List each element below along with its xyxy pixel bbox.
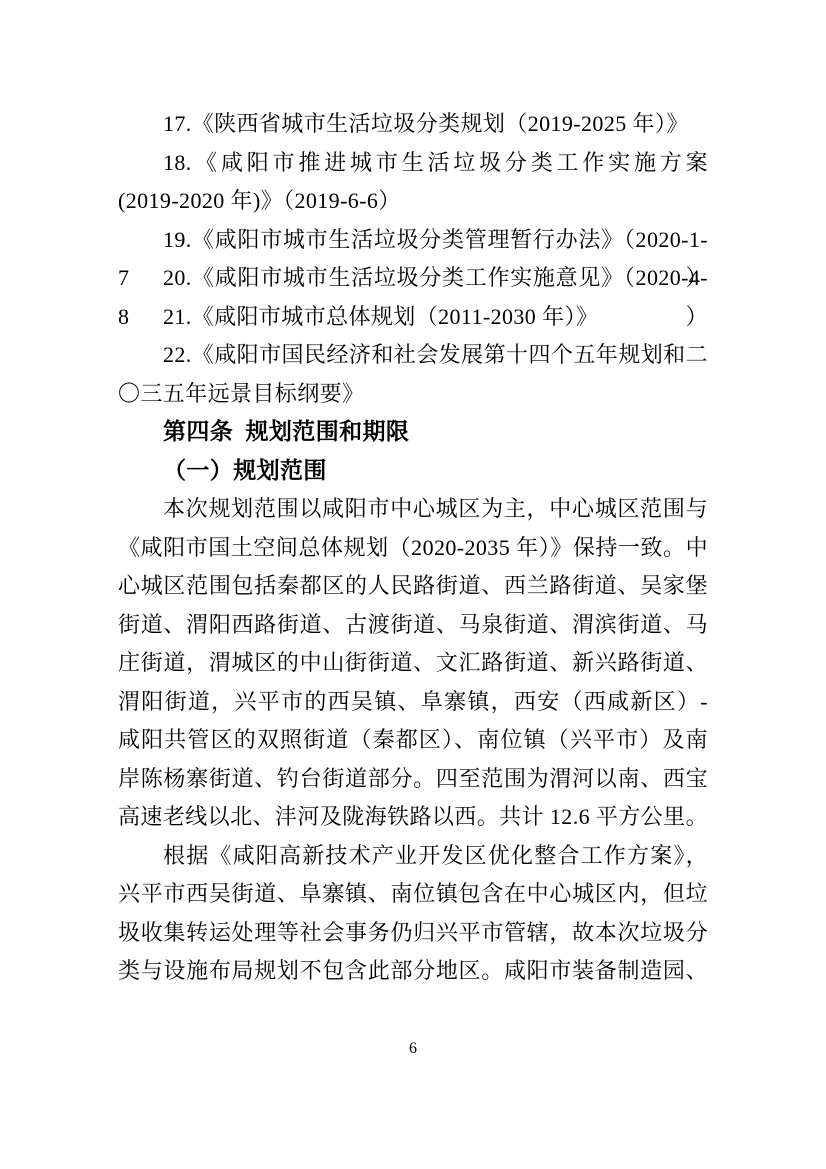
- reference-item-18: 18.《咸阳市推进城市生活垃圾分类工作实施方案: [118, 144, 708, 183]
- document-page: 17.《陕西省城市生活垃圾分类规划（2019-2025 年）》18.《咸阳市推进…: [0, 0, 826, 1169]
- subsection-heading: （一）规划范围: [118, 452, 708, 491]
- body-line: 《咸阳市国土空间总体规划（2020-2035 年）》保持一致。中: [118, 529, 708, 568]
- body-line: 庄街道，渭城区的中山街街道、文汇路街道、新兴路街道、: [118, 644, 708, 683]
- reference-item-17: 17.《陕西省城市生活垃圾分类规划（2019-2025 年）》: [118, 105, 708, 144]
- body-line: 渭阳街道，兴平市的西吴镇、阜寨镇，西安（西咸新区）-: [118, 683, 708, 722]
- body-line: 岸陈杨寨街道、钓台街道部分。四至范围为渭河以南、西宝: [118, 760, 708, 799]
- reference-item-22: 22.《咸阳市国民经济和社会发展第十四个五年规划和二: [118, 336, 708, 375]
- body-line: 类与设施布局规划不包含此部分地区。咸阳市装备制造园、: [118, 952, 708, 991]
- reference-item-22-cont: 〇三五年远景目标纲要》: [118, 375, 708, 414]
- body-line: 本次规划范围以咸阳市中心城区为主，中心城区范围与: [118, 490, 708, 529]
- body-line: 心城区范围包括秦都区的人民路街道、西兰路街道、吴家堡: [118, 567, 708, 606]
- reference-item-20: 20.《咸阳市城市生活垃圾分类工作实施意见》（2020-4-8）: [118, 259, 708, 298]
- page-footer: 6: [118, 1039, 708, 1059]
- body-line: 高速老线以北、沣河及陇海铁路以西。共计 12.6 平方公里。: [118, 798, 708, 837]
- body-line: 兴平市西吴街道、阜寨镇、南位镇包含在中心城区内，但垃: [118, 875, 708, 914]
- body-line: 咸阳共管区的双照街道（秦都区）、南位镇（兴平市）及南: [118, 721, 708, 760]
- section-heading: 第四条 规划范围和期限: [118, 413, 708, 452]
- page-number: 6: [409, 1040, 417, 1057]
- body-line: 圾收集转运处理等社会事务仍归兴平市管辖，故本次垃圾分: [118, 914, 708, 953]
- document-body: 17.《陕西省城市生活垃圾分类规划（2019-2025 年）》18.《咸阳市推进…: [118, 105, 708, 991]
- reference-item-18-cont: (2019-2020 年)》（2019-6-6）: [118, 182, 708, 221]
- reference-item-19: 19.《咸阳市城市生活垃圾分类管理暂行办法》（2020-1-7）: [118, 221, 708, 260]
- body-line: 根据《咸阳高新技术产业开发区优化整合工作方案》，: [118, 837, 708, 876]
- body-line: 街道、渭阳西路街道、古渡街道、马泉街道、渭滨街道、马: [118, 606, 708, 645]
